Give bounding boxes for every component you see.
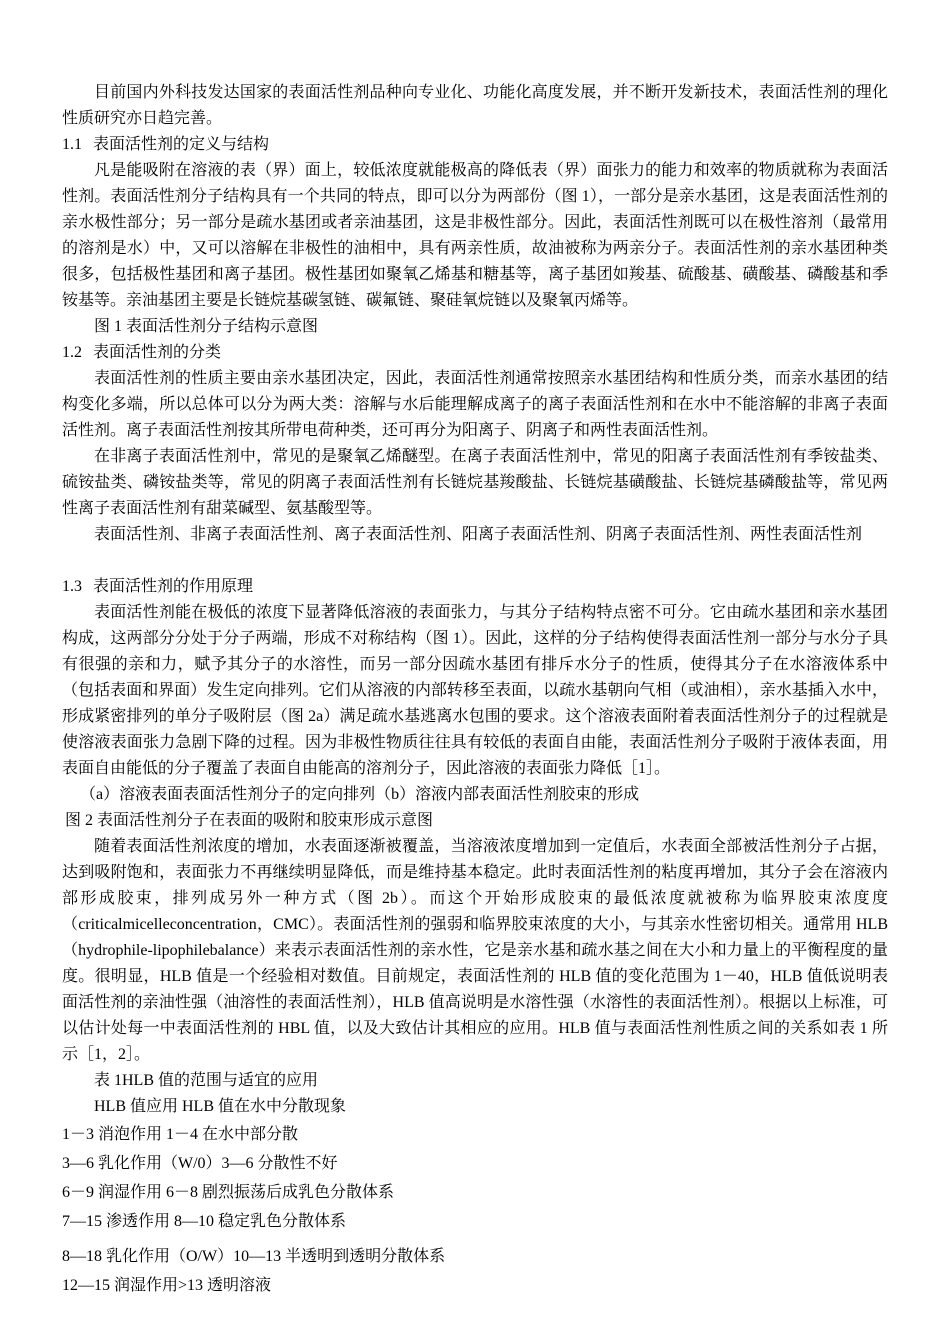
section-1-2-paragraph-1: 表面活性剂的性质主要由亲水基团决定，因此，表面活性剂通常按照亲水基团结构和性质分… [62,366,888,444]
section-number-1-2: 1.2 [62,344,82,361]
section-title-1-3: 表面活性剂的作用原理 [93,578,253,595]
hlb-table-row: 6－9 润湿作用 6－8 剧烈振荡后成乳色分散体系 [62,1178,888,1207]
hlb-table-row: 3—6 乳化作用（W/0）3—6 分散性不好 [62,1149,888,1178]
section-heading-1-2: 1.2表面活性剂的分类 [62,340,888,366]
figure-2-caption: 图 2 表面活性剂分子在表面的吸附和胶束形成示意图 [62,808,888,834]
section-1-2-paragraph-2: 在非离子表面活性剂中，常见的是聚氧乙烯醚型。在离子表面活性剂中，常见的阳离子表面… [62,444,888,522]
section-1-1-paragraph: 凡是能吸附在溶液的表（界）面上，较低浓度就能极高的降低表（界）面张力的能力和效率… [62,158,888,314]
hlb-table-row: 8—18 乳化作用（O/W）10—13 半透明到透明分散体系 [62,1242,888,1271]
hlb-table-row: 7—15 渗透作用 8—10 稳定乳色分散体系 [62,1207,888,1236]
blank-line [62,548,888,574]
intro-paragraph: 目前国内外科技发达国家的表面活性剂品种向专业化、功能化高度发展，并不断开发新技术… [62,80,888,132]
hlb-table-row: 1－3 消泡作用 1－4 在水中部分散 [62,1120,888,1149]
section-1-3-paragraph-1: 表面活性剂能在极低的浓度下显著降低溶液的表面张力，与其分子结构特点密不可分。它由… [62,600,888,782]
section-title-1-1: 表面活性剂的定义与结构 [93,136,269,153]
table-1-caption: 表 1HLB 值的范围与适宜的应用 [62,1068,888,1094]
document-page: 目前国内外科技发达国家的表面活性剂品种向专业化、功能化高度发展，并不断开发新技术… [0,0,950,1344]
keywords-line: 表面活性剂、非离子表面活性剂、离子表面活性剂、阳离子表面活性剂、阴离子表面活性剂… [62,522,888,548]
section-number-1-3: 1.3 [62,578,82,595]
section-title-1-2: 表面活性剂的分类 [93,344,221,361]
section-heading-1-3: 1.3表面活性剂的作用原理 [62,574,888,600]
figure-1-caption: 图 1 表面活性剂分子结构示意图 [62,314,888,340]
section-1-3-paragraph-2: 随着表面活性剂浓度的增加，水表面逐渐被覆盖，当溶液浓度增加到一定值后，水表面全部… [62,834,888,1068]
figure-2ab-caption: （a）溶液表面表面活性剂分子的定向排列（b）溶液内部表面活性剂胶束的形成 [62,782,888,808]
section-number-1-1: 1.1 [62,136,82,153]
hlb-table-row: 12—15 润湿作用>13 透明溶液 [62,1271,888,1300]
hlb-table-rows: 1－3 消泡作用 1－4 在水中部分散 3—6 乳化作用（W/0）3—6 分散性… [62,1120,888,1300]
section-heading-1-1: 1.1表面活性剂的定义与结构 [62,132,888,158]
table-1-header: HLB 值应用 HLB 值在水中分散现象 [62,1094,888,1120]
